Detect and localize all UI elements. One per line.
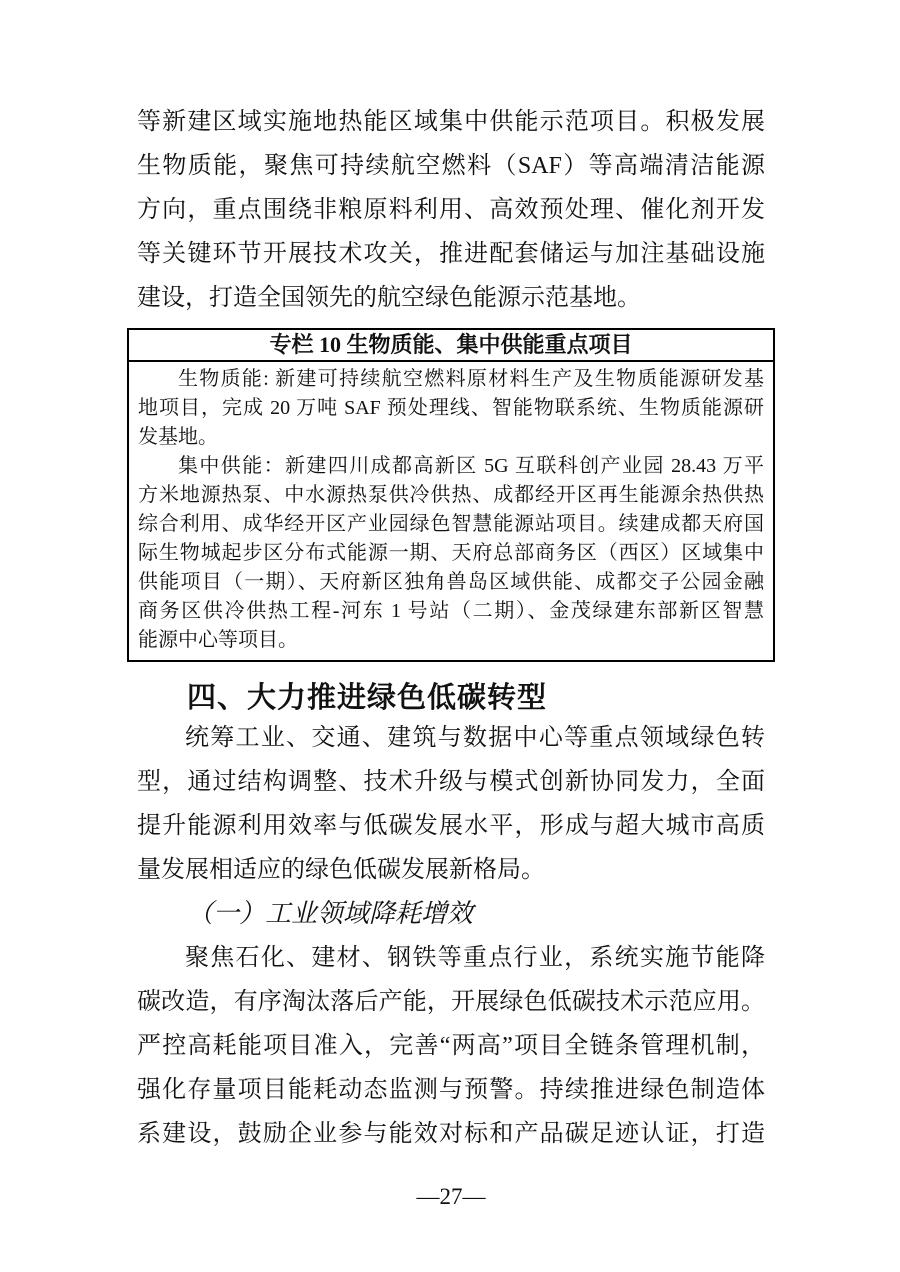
intro-paragraph: 等新建区域实施地热能区域集中供能示范项目。积极发展 生物质能，聚焦可持续航空燃料… (137, 100, 765, 320)
box-line: 供能项目（一期）、天府新区独角兽岛区域供能、成都交子公园金融 (138, 568, 764, 597)
body-line: 等新建区域实施地热能区域集中供能示范项目。积极发展 (137, 100, 765, 144)
biomass-paragraph: 生物质能: 新建可持续航空燃料原材料生产及生物质能源研发基 地项目，完成 20 … (138, 365, 764, 452)
body-line: 型，通过结构调整、技术升级与模式创新协同发力，全面 (137, 760, 765, 804)
body-line: 强化存量项目能耗动态监测与预警。持续推进绿色制造体 (137, 1068, 765, 1112)
box-line: 生物质能: 新建可持续航空燃料原材料生产及生物质能源研发基 (138, 365, 764, 394)
body-line: 生物质能，聚焦可持续航空燃料（SAF）等高端清洁能源 (137, 144, 765, 188)
document-page: 等新建区域实施地热能区域集中供能示范项目。积极发展 生物质能，聚焦可持续航空燃料… (0, 0, 900, 1272)
subsection-heading: （一）工业领域降耗增效 (137, 892, 765, 936)
body-line: 严控高耗能项目准入，完善“两高”项目全链条管理机制， (137, 1024, 765, 1068)
project-box: 专栏 10 生物质能、集中供能重点项目 生物质能: 新建可持续航空燃料原材料生产… (127, 328, 775, 662)
page-number: —27— (137, 1182, 765, 1212)
heating-paragraph: 集中供能：新建四川成都高新区 5G 互联科创产业园 28.43 万平 方米地源热… (138, 452, 764, 655)
box-body: 生物质能: 新建可持续航空燃料原材料生产及生物质能源研发基 地项目，完成 20 … (129, 362, 773, 660)
body-line: 方向，重点围绕非粮原料利用、高效预处理、催化剂开发 (137, 188, 765, 232)
box-title: 专栏 10 生物质能、集中供能重点项目 (129, 330, 773, 362)
box-line: 能源中心等项目。 (138, 626, 764, 655)
box-line: 商务区供冷供热工程-河东 1 号站（二期）、金茂绿建东部新区智慧 (138, 597, 764, 626)
box-line: 地项目，完成 20 万吨 SAF 预处理线、智能物联系统、生物质能源研 (138, 394, 764, 423)
box-line: 综合利用、成华经开区产业园绿色智慧能源站项目。续建成都天府国 (138, 510, 764, 539)
body-line: 建设，打造全国领先的航空绿色能源示范基地。 (137, 276, 765, 320)
box-line: 方米地源热泵、中水源热泵供冷供热、成都经开区再生能源余热供热 (138, 481, 764, 510)
overview-paragraph: 统筹工业、交通、建筑与数据中心等重点领域绿色转 型，通过结构调整、技术升级与模式… (137, 716, 765, 892)
body-line: 碳改造，有序淘汰落后产能，开展绿色低碳技术示范应用。 (137, 980, 765, 1024)
box-line: 际生物城起步区分布式能源一期、天府总部商务区（西区）区域集中 (138, 539, 764, 568)
body-line: 聚焦石化、建材、钢铁等重点行业，系统实施节能降 (137, 936, 765, 980)
body-line: 系建设，鼓励企业参与能效对标和产品碳足迹认证，打造 (137, 1112, 765, 1156)
industry-paragraph: 聚焦石化、建材、钢铁等重点行业，系统实施节能降 碳改造，有序淘汰落后产能，开展绿… (137, 936, 765, 1156)
body-line: 提升能源利用效率与低碳发展水平，形成与超大城市高质 (137, 804, 765, 848)
body-line: 统筹工业、交通、建筑与数据中心等重点领域绿色转 (137, 716, 765, 760)
box-line: 集中供能：新建四川成都高新区 5G 互联科创产业园 28.43 万平 (138, 452, 764, 481)
section-heading: 四、大力推进绿色低碳转型 (137, 680, 765, 716)
body-line: 量发展相适应的绿色低碳发展新格局。 (137, 848, 765, 892)
box-line: 发基地。 (138, 423, 764, 452)
body-line: 等关键环节开展技术攻关，推进配套储运与加注基础设施 (137, 232, 765, 276)
